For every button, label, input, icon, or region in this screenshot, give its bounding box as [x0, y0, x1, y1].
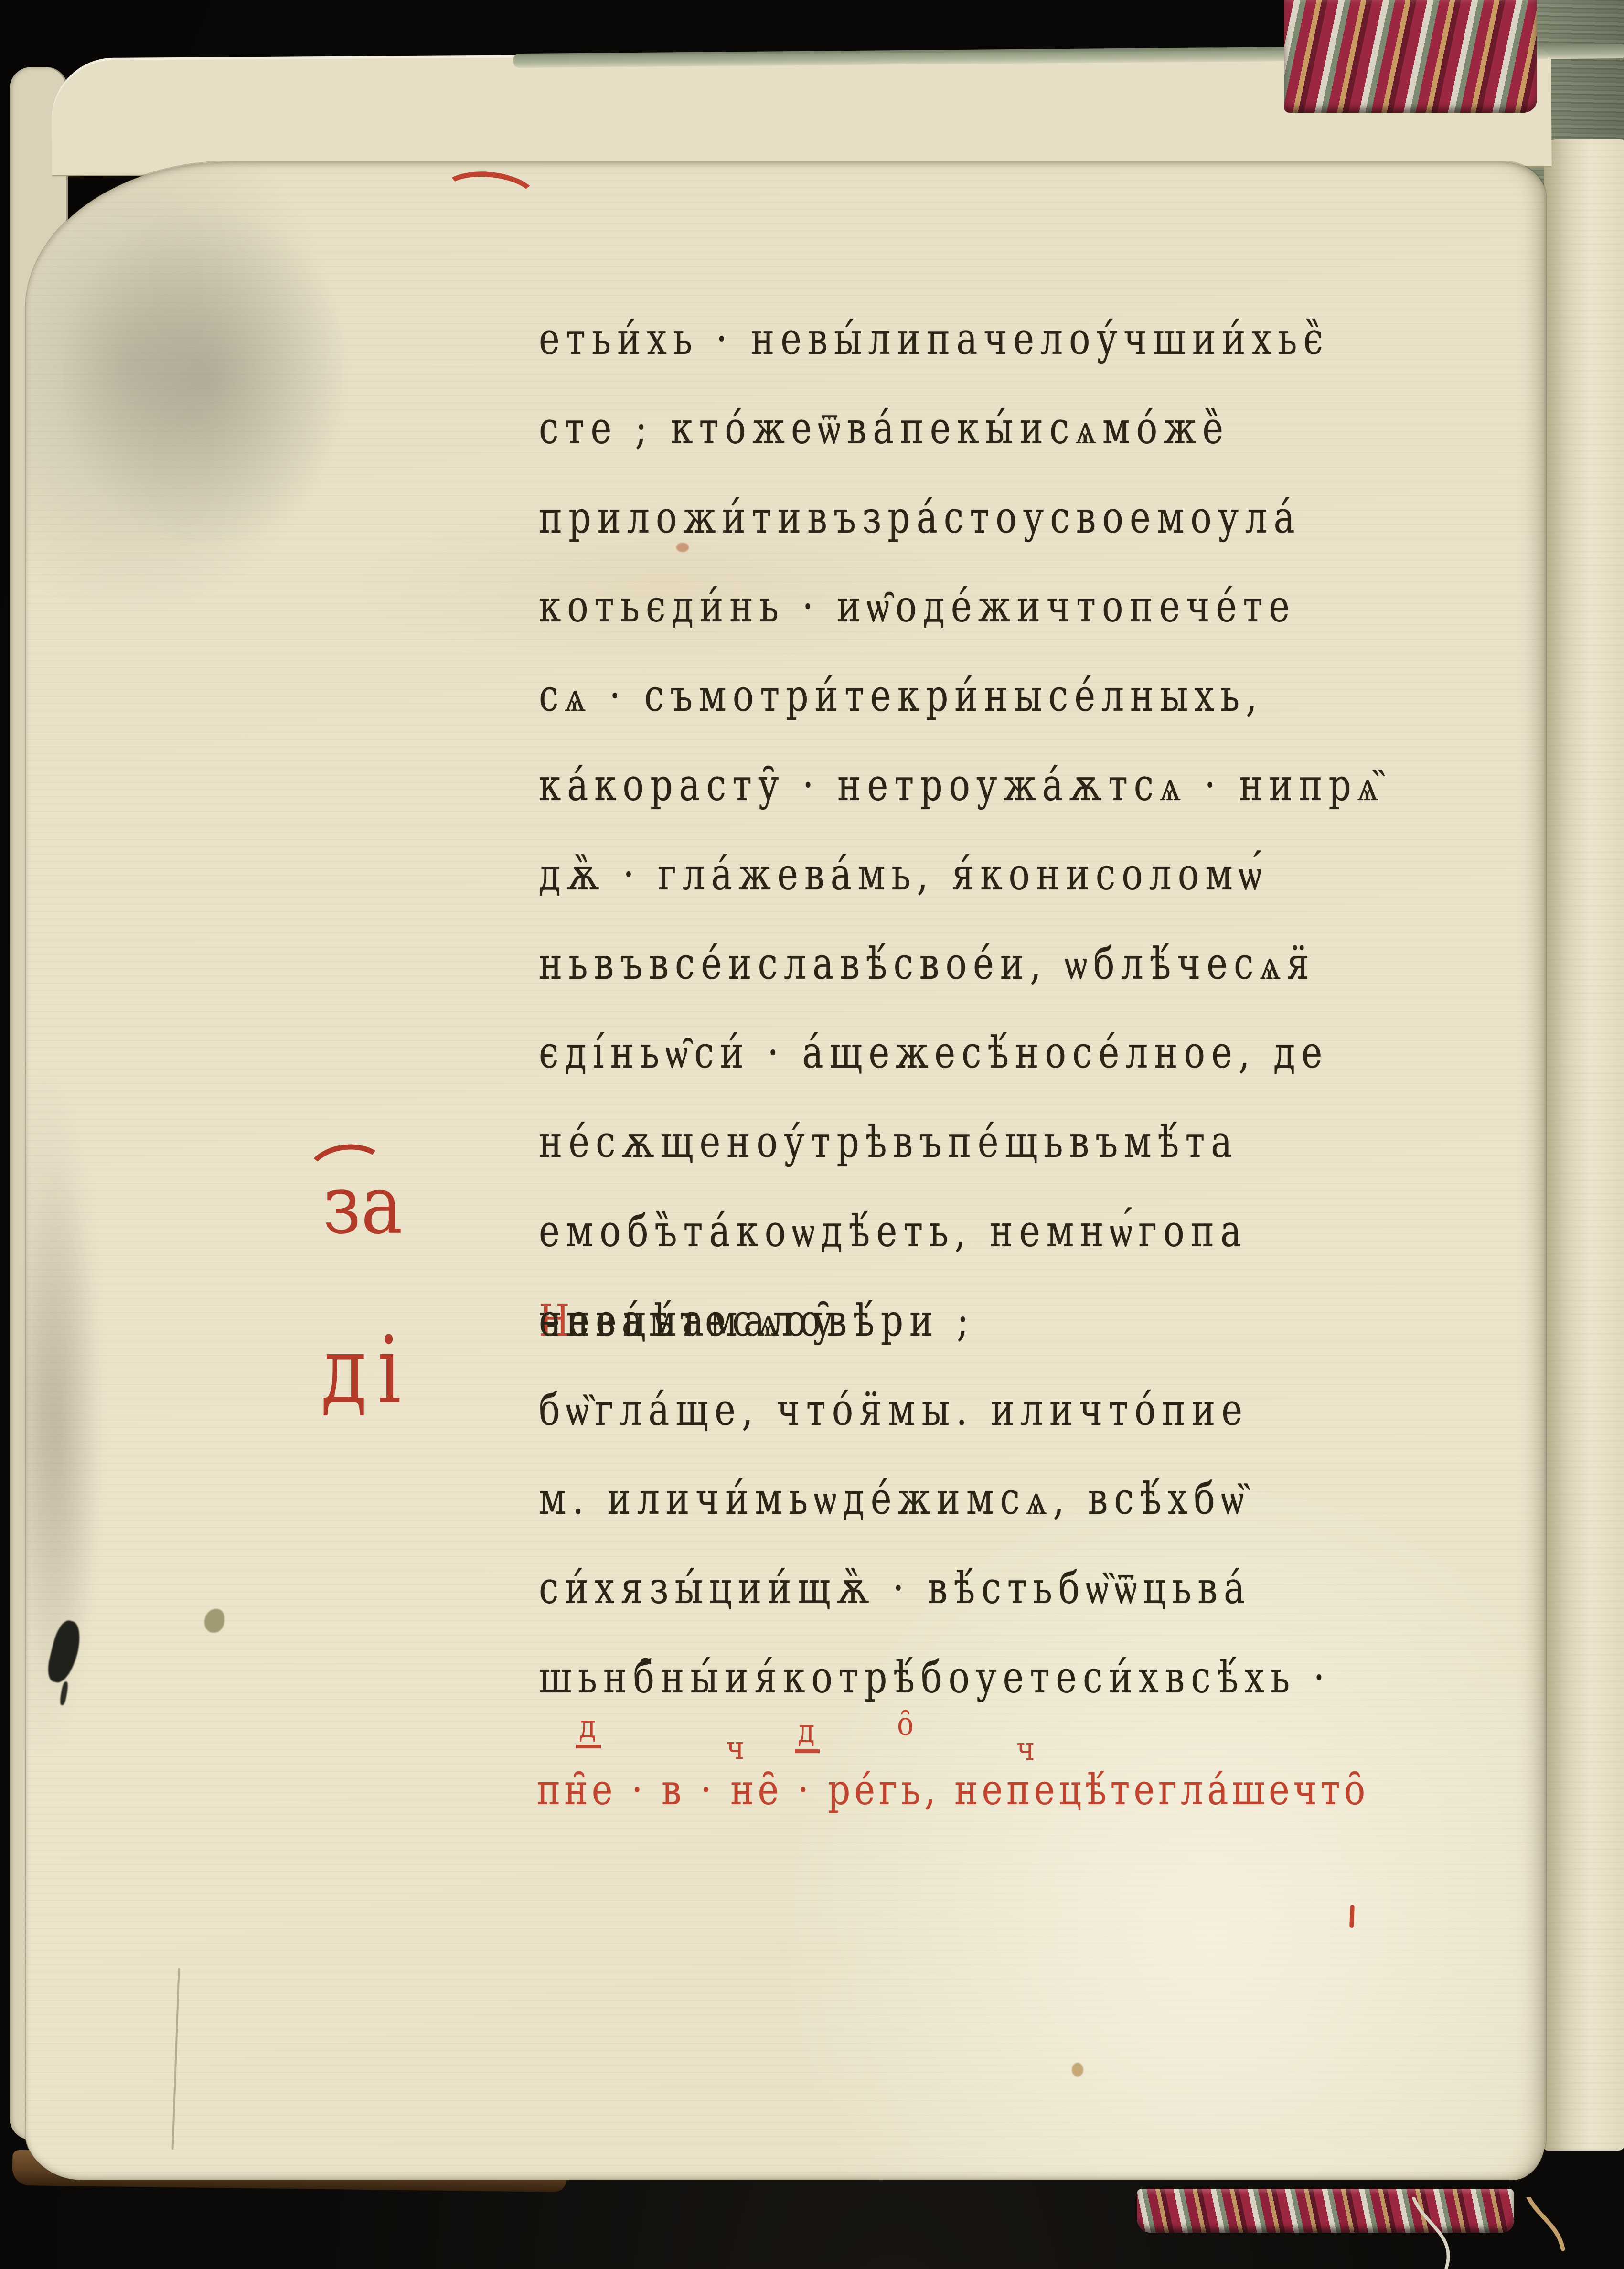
rubric-superscript: о̑: [897, 1708, 914, 1740]
rubric-superscripts: дчдо̑ч: [537, 1754, 1206, 1759]
ink-text: не́сѫщеноу́трѣвъпе́щьвъмѣ́та: [539, 1101, 1239, 1184]
zachalo-margin-mark: за: [323, 1164, 403, 1247]
rubric-superscript: ч: [1016, 1733, 1035, 1765]
page-stain: [57, 205, 353, 549]
rubric-descender-mark: [1349, 1905, 1355, 1928]
ink-text: емобъ̏та́коѡдѣ́еть, немнѡ́гопа: [539, 1190, 1248, 1273]
text-block: етьи́хь · невы́липачелоу́чшии́хьє̏сте ; …: [539, 306, 1475, 1739]
ink-text: котьєди́нь · иѡ̑оде́жичтопече́те: [539, 565, 1296, 648]
manuscript-photo: за ді етьи́хь · невы́липачелоу́чшии́хьє̏…: [0, 0, 1624, 2269]
rubric-superscript: д: [576, 1711, 601, 1748]
ink-text: етьи́хь · невы́липачелоу́чшии́хьє̏: [539, 298, 1329, 381]
ink-text: шьнб̑ны́ия́котрѣ́боуетеси́хвсѣ́хь ·: [539, 1636, 1331, 1719]
endband-threads: [1385, 2197, 1624, 2269]
ink-text: бѡ̏гла́ще, что́я̈мы. иличто́пие: [539, 1369, 1249, 1452]
endband-top: [1284, 0, 1537, 113]
ink-text: сѧ · съмотри́текри́нысе́лныхь,: [539, 654, 1263, 738]
ink-text: си́хязы́ции́щѫ̏ · вѣ́стьбѡ̏ѿцьва́: [539, 1547, 1251, 1630]
ink-text: приложи́тивъзра́стоусвоемоула́: [539, 476, 1301, 559]
ink-text: м. иличи́мьѡде́жимсѧ, всѣ́хбѡ̏: [539, 1457, 1250, 1541]
ink-text: ка́корасту̑ · нетроужа́ѫтсѧ · нипрѧ̏: [539, 744, 1385, 827]
rubric-line: пн̑е · в · не̑ · ре́гь, непецѣ́тегла́шеч…: [537, 1747, 1369, 1833]
ink-text: сте ; кто́жеѿва́пекы́исѧмо́же̏: [539, 387, 1229, 470]
facing-page-edge: [1544, 139, 1624, 2151]
margin-number: ді: [321, 1322, 412, 1418]
rubric-superscript: ч: [726, 1732, 744, 1764]
page-stain: [17, 1156, 98, 1705]
ink-text: дѫ̏ · гла́жева́мь, я́конисоломѡ́: [539, 833, 1268, 916]
fox-spot: [1072, 2063, 1083, 2077]
rubric-superscript: д: [795, 1715, 820, 1753]
ink-text: єді́ньѡ̑си́ · а́щежесѣ́носе́лное, де: [539, 1011, 1328, 1094]
ink-text: ньвъвсе́иславѣ́свое́и, ѡблѣ́чесѧя̈: [539, 922, 1315, 1006]
ink-text: епецѣ́тесѧоу̑: [539, 1279, 840, 1362]
